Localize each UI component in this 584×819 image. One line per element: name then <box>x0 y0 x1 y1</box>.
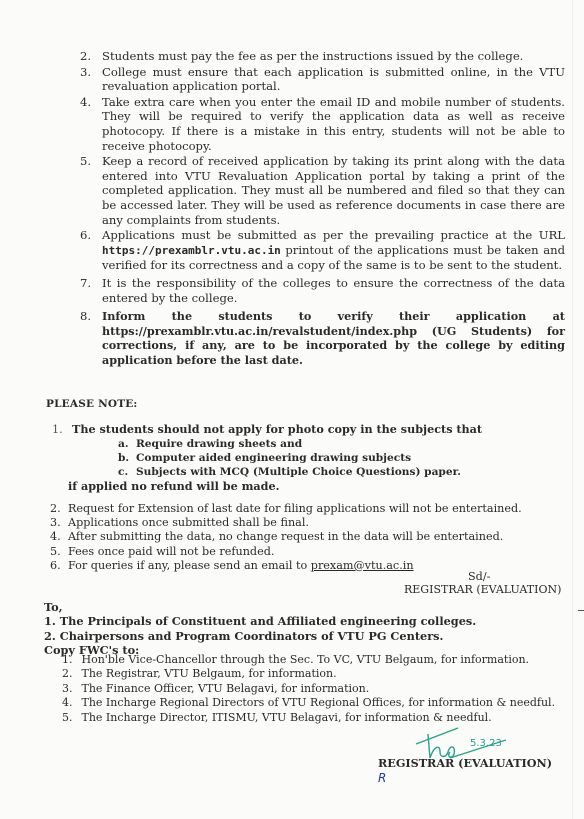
word: at <box>553 309 565 324</box>
note-item: 1.The students should not apply for phot… <box>52 422 482 437</box>
copy-item: 4. The Incharge Regional Directors of VT… <box>62 696 555 710</box>
note-subitem: b.Computer aided engineering drawing sub… <box>118 451 411 465</box>
please-note-heading: PLEASE NOTE: <box>46 398 138 410</box>
copy-item: 5. The Incharge Director, ITISMU, VTU Be… <box>62 711 555 725</box>
signatory-designation: REGISTRAR (EVALUATION) <box>378 756 552 770</box>
edge-mark <box>578 610 584 611</box>
word: Inform <box>102 309 145 324</box>
instruction-8-lead: Informthestudentstoverifytheirapplicatio… <box>102 309 565 324</box>
instruction-item: 6. Applications must be submitted as per… <box>80 228 565 273</box>
instruction-item: 5. Keep a record of received application… <box>80 154 565 227</box>
copy-list: 1. Hon'ble Vice-Chancellor through the S… <box>62 653 555 725</box>
recipient: 2. Chairpersons and Program Coordinators… <box>44 629 476 643</box>
note-item: 4.After submitting the data, no change r… <box>50 530 522 544</box>
note-list: 2.Request for Extension of last date for… <box>50 502 522 573</box>
note-item: 6.For queries if any, please send an ema… <box>50 559 522 573</box>
refund-note: if applied no refund will be made. <box>68 479 280 493</box>
instruction-item: 3. College must ensure that each applica… <box>80 65 565 94</box>
word: to <box>299 309 312 324</box>
note-item: 2.Request for Extension of last date for… <box>50 502 522 516</box>
instruction-item: 8. Informthestudentstoverifytheirapplica… <box>80 309 565 367</box>
recipient: 1. The Principals of Constituent and Aff… <box>44 614 476 628</box>
document-page: 2. Students must pay the fee as per the … <box>0 0 584 819</box>
instruction-item: 7. It is the responsibility of the colle… <box>80 276 565 305</box>
instructions-list: 2. Students must pay the fee as per the … <box>80 49 565 367</box>
registrar-designation: REGISTRAR (EVALUATION) <box>404 583 561 596</box>
word: application <box>456 309 526 324</box>
instruction-item: 4. Take extra care when you enter the em… <box>80 95 565 153</box>
copy-item: 1. Hon'ble Vice-Chancellor through the S… <box>62 653 555 667</box>
copy-item: 3. The Finance Officer, VTU Belagavi, fo… <box>62 682 555 696</box>
instruction-item: 2. Students must pay the fee as per the … <box>80 49 565 64</box>
recipients-block: To, 1. The Principals of Constituent and… <box>44 600 476 658</box>
note-subitem: c.Subjects with MCQ (Multiple Choice Que… <box>118 465 461 479</box>
copy-item: 2. The Registrar, VTU Belgaum, for infor… <box>62 667 555 681</box>
note-subitem: a.Require drawing sheets and <box>118 437 302 451</box>
note-item: 3.Applications once submitted shall be f… <box>50 516 522 530</box>
note-item: 5.Fees once paid will not be refunded. <box>50 545 522 559</box>
sd-mark: Sd/- <box>468 570 490 583</box>
handwritten-initial: R <box>378 771 386 785</box>
word: the <box>172 309 192 324</box>
word: verify <box>338 309 373 324</box>
portal-url[interactable]: https://prexamblr.vtu.ac.in <box>102 244 281 257</box>
email-link[interactable]: prexam@vtu.ac.in <box>311 559 414 572</box>
word: their <box>399 309 430 324</box>
svg-text:5.3.23: 5.3.23 <box>470 738 502 749</box>
page-edge <box>572 0 573 819</box>
revalstudent-url-text[interactable]: https://prexamblr.vtu.ac.in/revalstudent… <box>102 324 565 367</box>
word: students <box>218 309 272 324</box>
